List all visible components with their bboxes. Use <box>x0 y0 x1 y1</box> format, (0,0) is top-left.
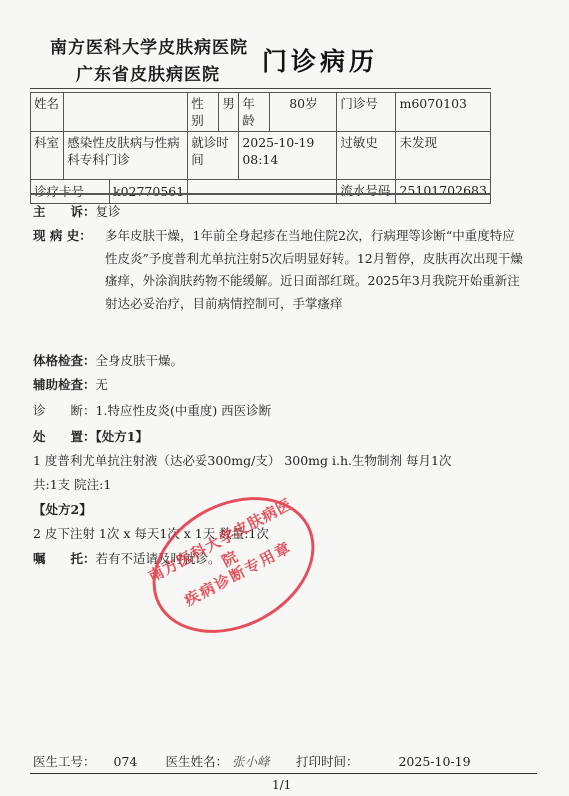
footer-signature-row: 医生工号： 074 医生姓名： 张小峰 打印时间： 2025-10-19 <box>33 752 493 770</box>
prescription-2-title: 【处方2】 <box>33 499 92 520</box>
print-time-label: 打印时间： <box>296 754 359 769</box>
name-value <box>64 93 188 132</box>
auxiliary-exam: 辅助检查：无 <box>33 374 108 395</box>
allergy-label: 过敏史 <box>337 132 396 180</box>
card-no-cell: 诊疗卡号 k02770561 <box>31 180 188 204</box>
clinic-no-value: m6070103 <box>396 93 491 132</box>
chief-complaint-value: 复诊 <box>96 204 121 219</box>
visit-time-label: 就诊时间 <box>188 132 239 180</box>
prescription-1-line2: 共:1支 院注:1 <box>33 474 111 495</box>
treatment-label: 处 置： <box>33 429 96 444</box>
header-divider <box>30 88 491 89</box>
doctor-id-label: 医生工号： <box>33 754 96 769</box>
prescription-1-title: 【处方1】 <box>96 429 148 444</box>
diagnosis: 诊 断：1.特应性皮炎(中重度) 西医诊断 <box>33 400 271 421</box>
treatment: 处 置：【处方1】 <box>33 426 148 447</box>
present-history-value: 多年皮肤干燥，1年前全身起疹在当地住院2次，行病理等诊断“中重度特应性皮炎”予度… <box>105 225 525 315</box>
table-bottom-divider <box>30 193 491 195</box>
diagnosis-value: 1.特应性皮炎(中重度) 西医诊断 <box>96 403 272 418</box>
card-no-label: 诊疗卡号 <box>31 180 110 203</box>
present-history-label: 现 病 史： <box>33 228 92 243</box>
auxiliary-exam-value: 无 <box>96 377 109 392</box>
official-seal-stamp: 南方医科大学皮肤病医院 疾病诊断专用章 <box>129 470 338 660</box>
name-label: 姓名 <box>31 93 64 132</box>
hospital-name-line1: 南方医科大学皮肤病医院 <box>50 33 248 58</box>
patient-info-table: 姓名 性别 男 年龄 80岁 门诊号 m6070103 科室 感染性皮肤病与性病… <box>30 92 491 204</box>
chief-complaint: 主 诉：复诊 <box>33 201 121 222</box>
advice-label: 嘱 托： <box>33 551 96 566</box>
gender-label: 性别 <box>188 93 219 132</box>
age-value: 80岁 <box>270 93 337 132</box>
print-time-value: 2025-10-19 <box>398 754 470 769</box>
physical-exam-value: 全身皮肤干燥。 <box>96 353 184 368</box>
empty-cell <box>188 180 337 204</box>
dept-value: 感染性皮肤病与性病科专科门诊 <box>64 132 188 180</box>
hospital-name-line2: 广东省皮肤病医院 <box>76 60 220 85</box>
prescription-1-line1: 1 度普利尤单抗注射液（达必妥300mg/支） 300mg i.h.生物制剂 每… <box>33 450 451 471</box>
present-history-label-row: 现 病 史： <box>33 225 92 246</box>
document-title: 门诊病历 <box>262 42 378 78</box>
allergy-value: 未发现 <box>396 132 491 180</box>
footer-divider <box>30 773 537 774</box>
dept-label: 科室 <box>31 132 64 180</box>
serial-no-value: 25101702683 <box>396 180 491 204</box>
chief-complaint-label: 主 诉： <box>33 204 96 219</box>
doctor-id-value: 074 <box>114 754 162 769</box>
gender-value: 男 <box>219 93 239 132</box>
page-number: 1/1 <box>272 778 291 792</box>
serial-no-label: 流水号码 <box>337 180 396 204</box>
age-label: 年龄 <box>239 93 270 132</box>
auxiliary-exam-label: 辅助检查： <box>33 377 96 392</box>
diagnosis-label: 诊 断： <box>33 403 96 418</box>
doctor-name-signature: 张小峰 <box>232 752 292 770</box>
physical-exam: 体格检查：全身皮肤干燥。 <box>33 350 183 371</box>
doctor-name-label: 医生姓名： <box>165 754 228 769</box>
physical-exam-label: 体格检查： <box>33 353 96 368</box>
card-no-value: k02770561 <box>110 180 187 203</box>
visit-time-value: 2025-10-19 08:14 <box>239 132 337 180</box>
clinic-no-label: 门诊号 <box>337 93 396 132</box>
